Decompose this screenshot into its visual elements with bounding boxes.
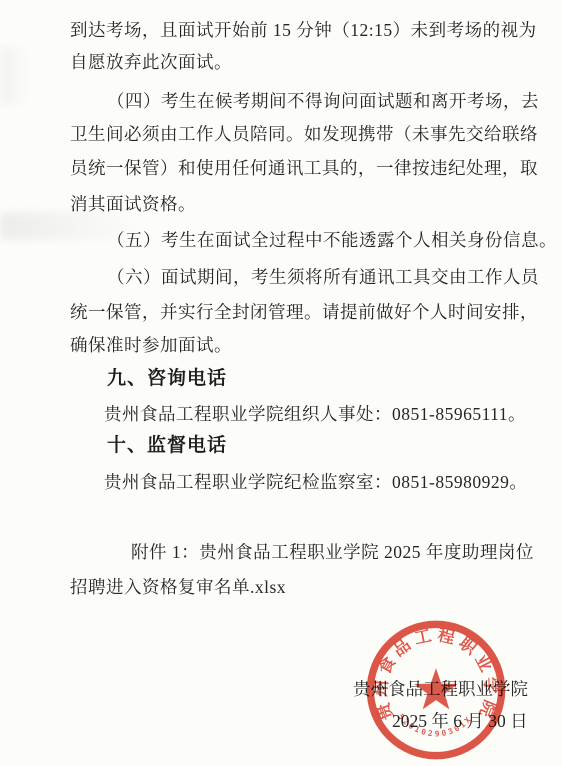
doc-line-rule4-end: 消其面试资格。	[70, 192, 196, 216]
doc-line-rule5: （五）考生在面试全过程中不能透露个人相关身份信息。	[107, 228, 557, 252]
doc-line-arrival-deadline: 到达考场，且面试开始前 15 分钟（12:15）未到考场的视为	[70, 18, 537, 42]
doc-line-rule4-cont2: 员统一保管）和使用任何通讯工具的，一律按违纪处理，取	[70, 156, 538, 180]
section-heading-supervision-phone: 十、监督电话	[107, 434, 227, 458]
doc-line-rule6-start: （六）面试期间，考生须将所有通讯工具交由工作人员	[107, 265, 539, 289]
section-heading-consult-phone: 九、咨询电话	[107, 367, 227, 391]
scan-artifact	[0, 46, 30, 106]
official-seal: 贵州食品工程职业学院 52010290301X	[362, 616, 510, 764]
seal-star-icon	[414, 668, 457, 709]
svg-text:52010290301X: 52010290301X	[396, 712, 474, 738]
doc-line-rule4-cont1: 卫生间必须由工作人员陪同。如发现携带（未事先交给联络	[70, 122, 538, 146]
doc-line-supervision-phone-number: 贵州食品工程职业学院纪检监察室：0851-85980929。	[104, 470, 527, 494]
doc-line-rule6-end: 确保准时参加面试。	[70, 333, 232, 357]
seal-code-text: 52010290301X	[396, 712, 474, 738]
attachment-reference-line2: 招聘进入资格复审名单.xlsx	[70, 575, 286, 599]
attachment-reference-line1: 附件 1：贵州食品工程职业学院 2025 年度助理岗位	[131, 540, 534, 564]
doc-line-rule4-start: （四）考生在候考期间不得询问面试题和离开考场，去	[107, 89, 539, 113]
doc-line-forfeit: 自愿放弃此次面试。	[70, 50, 232, 74]
doc-line-consult-phone-number: 贵州食品工程职业学院组织人事处：0851-85965111。	[104, 402, 526, 426]
scanned-document-page: 到达考场，且面试开始前 15 分钟（12:15）未到考场的视为 自愿放弃此次面试…	[0, 0, 562, 766]
doc-line-rule6-cont: 统一保管，并实行全封闭管理。请提前做好个人时间安排，	[70, 300, 538, 324]
